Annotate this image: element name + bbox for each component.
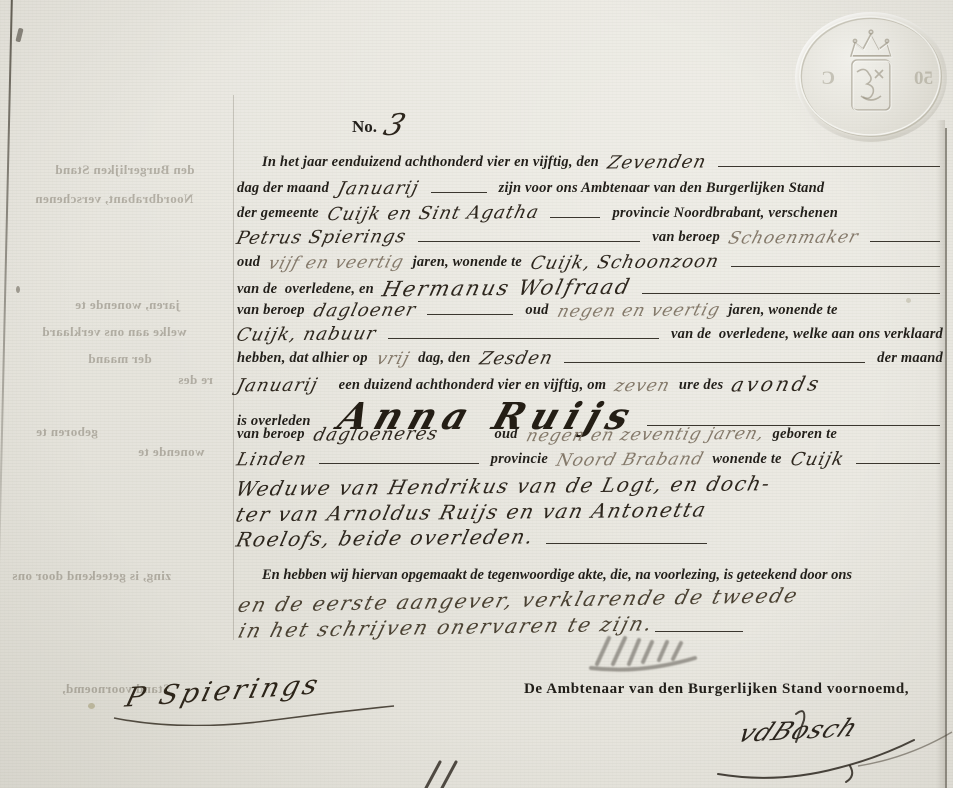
bleedthrough-text: den Burgerlijken Stand bbox=[55, 162, 195, 178]
form-margin-rule bbox=[233, 95, 234, 640]
handwritten-entry: Zesden bbox=[477, 348, 555, 370]
printed-text: dag, den bbox=[418, 350, 470, 367]
form-line: van beroep dagloeneres oud negen en zeve… bbox=[237, 424, 939, 443]
fill-in-rule bbox=[418, 239, 640, 242]
fill-in-rule bbox=[731, 264, 940, 267]
fill-in-rule bbox=[388, 336, 659, 339]
handwritten-entry: Weduwe van Hendrikus van de Logt, en doc… bbox=[233, 471, 773, 501]
handwritten-entry: Hermanus Wolfraad bbox=[380, 275, 634, 302]
cut-off-flourish-stroke bbox=[856, 726, 953, 770]
act-number-value: 3 bbox=[379, 108, 409, 143]
fill-in-rule bbox=[856, 461, 940, 464]
form-line: ter van Arnoldus Ruijs en van Antonetta bbox=[237, 500, 703, 522]
printed-text: provincie bbox=[491, 451, 548, 468]
closing-hand-line: en de eerste aangever, verklarende de tw… bbox=[240, 588, 720, 612]
fill-in-rule bbox=[870, 239, 940, 242]
crown-shield-emblem: 50 C bbox=[795, 12, 947, 142]
cut-off-signature-stroke bbox=[398, 758, 488, 788]
bleedthrough-text: zing, is geteekend door ons bbox=[12, 568, 171, 584]
handwritten-entry: negen en veertig bbox=[555, 300, 723, 322]
bleedthrough-text: welke aan ons verklaard bbox=[42, 324, 187, 340]
handwritten-closing: en de eerste aangever, verklarende de tw… bbox=[235, 583, 801, 617]
printed-text: oud bbox=[495, 426, 518, 443]
bleedthrough-text: wonende te bbox=[138, 444, 204, 460]
fill-in-rule bbox=[431, 190, 487, 193]
printed-text: oud bbox=[525, 302, 548, 319]
printed-text: dag der maand bbox=[237, 180, 329, 197]
signature-flourish bbox=[110, 700, 400, 726]
handwritten-entry: vijf en veertig bbox=[266, 252, 406, 273]
embossed-seal: 50 C bbox=[795, 12, 947, 142]
printed-text: oud bbox=[237, 254, 260, 271]
handwritten-entry: Schoenmaker bbox=[726, 227, 861, 248]
official-title: De Ambtenaar van den Burgerlijken Stand … bbox=[524, 681, 909, 698]
bleedthrough-text: geboren te bbox=[36, 424, 98, 440]
handwritten-entry: vrij bbox=[374, 349, 412, 369]
printed-text: In het jaar eenduizend achthonderd vier … bbox=[262, 154, 599, 171]
form-line: Weduwe van Hendrikus van de Logt, en doc… bbox=[237, 474, 728, 496]
fill-in-rule bbox=[642, 291, 940, 294]
act-number-label: No. bbox=[352, 117, 377, 137]
form-line: van beroep dagloener oud negen en veerti… bbox=[237, 300, 943, 319]
bleedthrough-text: Noordbrabant, verschenen bbox=[35, 191, 193, 207]
printed-text: der gemeente bbox=[237, 205, 319, 222]
foxing-speck bbox=[88, 703, 95, 709]
seal-denomination-mirrored: 50 bbox=[914, 68, 933, 89]
handwritten-entry: ter van Arnoldus Ruijs en van Antonetta bbox=[234, 498, 710, 527]
form-line: dag der maand Januarij zijn voor ons Amb… bbox=[237, 178, 943, 197]
handwritten-entry: negen en zeventig jaren, bbox=[524, 424, 767, 446]
bleedthrough-text: re des bbox=[178, 372, 213, 388]
form-line: van de overledene, en Hermanus Wolfraad bbox=[237, 276, 943, 298]
form-line: In het jaar eenduizend achthonderd vier … bbox=[262, 152, 943, 171]
fill-in-rule bbox=[427, 312, 513, 315]
fill-in-rule bbox=[550, 215, 600, 218]
handwritten-entry: dagloener bbox=[311, 299, 418, 321]
printed-text: jaren, wonende te bbox=[728, 302, 837, 319]
handwritten-entry: Januarij bbox=[335, 178, 421, 200]
printed-text: jaren, wonende te bbox=[413, 254, 522, 271]
fill-in-rule bbox=[319, 461, 479, 464]
printed-text: hebben, dat alhier op bbox=[237, 350, 368, 367]
edge-speck bbox=[16, 286, 20, 293]
printed-text: provincie Noordbrabant, verschenen bbox=[612, 205, 838, 222]
bleedthrough-text: der maand bbox=[88, 351, 152, 367]
bleedthrough-text: jaren, wonende te bbox=[75, 297, 180, 313]
form-line: Linden provincie Noord Braband wonende t… bbox=[237, 449, 943, 468]
handwritten-entry: Cuijk, nabuur bbox=[234, 323, 378, 345]
form-line: Petrus Spierings van beroep Schoenmaker bbox=[237, 227, 943, 246]
printed-text: van beroep bbox=[652, 229, 720, 246]
page-right-edge bbox=[945, 128, 947, 788]
printed-text: zijn voor ons Ambtenaar van den Burgerli… bbox=[499, 180, 825, 197]
printed-text: der maand bbox=[877, 350, 943, 367]
form-line: Cuijk, nabuur van de overledene, welke a… bbox=[237, 324, 943, 343]
handwritten-entry: Zevenden bbox=[605, 151, 708, 173]
death-certificate-page: 50 C den Burgerlijken Stand Noordbrabant… bbox=[0, 0, 953, 788]
handwritten-entry: Noord Braband bbox=[554, 449, 706, 471]
handwritten-entry: Petrus Spierings bbox=[234, 226, 408, 249]
form-line: hebben, dat alhier op vrij dag, den Zesd… bbox=[237, 348, 943, 367]
printed-text: wonende te bbox=[712, 451, 781, 468]
fill-in-rule bbox=[564, 360, 865, 363]
handwritten-entry: Roelofs, beide overleden. bbox=[234, 524, 537, 551]
handwritten-entry: dagloeneres bbox=[311, 423, 440, 445]
printed-text: van beroep bbox=[237, 426, 305, 443]
form-line: der gemeente Cuijk en Sint Agatha provin… bbox=[237, 203, 943, 222]
form-line: Roelofs, beide overleden. bbox=[237, 526, 710, 548]
handwritten-entry: Cuijk, Schoonzoon bbox=[528, 251, 721, 274]
printed-text: van beroep bbox=[237, 302, 305, 319]
form-line: oud vijf en veertig jaren, wonende te Cu… bbox=[237, 252, 943, 271]
printed-text: geboren te bbox=[773, 426, 837, 443]
closing-printed-clause: En hebben wij hiervan opgemaakt de tegen… bbox=[262, 567, 852, 584]
corner-ink-mark bbox=[15, 28, 23, 43]
act-number: No. 3 bbox=[352, 108, 404, 137]
ink-offset-smudge bbox=[583, 626, 703, 676]
printed-text: van de overledene, en bbox=[237, 281, 374, 298]
handwritten-entry: Cuijk en Sint Agatha bbox=[325, 202, 541, 225]
handwritten-entry: Linden bbox=[234, 449, 309, 471]
scan-left-edge bbox=[0, 0, 13, 642]
fill-in-rule bbox=[718, 164, 940, 167]
svg-text:C: C bbox=[821, 68, 835, 89]
handwritten-entry: Cuijk bbox=[788, 449, 846, 471]
fill-in-rule bbox=[546, 541, 707, 544]
printed-text: van de overledene, welke aan ons verklaa… bbox=[671, 326, 943, 343]
